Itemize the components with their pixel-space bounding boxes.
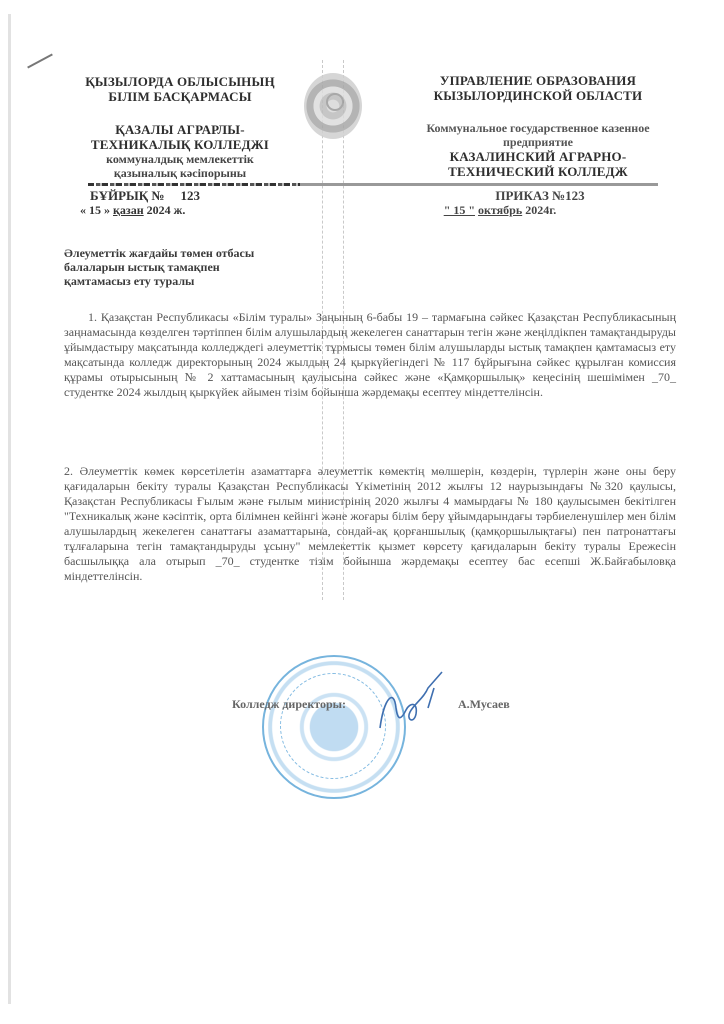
date-year-ru: 2024г. [525, 203, 556, 217]
enterprise-type-kz-2: қазыналық кәсіпорыны [55, 166, 305, 180]
header-left: ҚЫЗЫЛОРДА ОБЛЫСЫНЫҢ БІЛІМ БАСҚАРМАСЫ ҚАЗ… [55, 74, 305, 180]
date-year-kz: 2024 ж. [147, 203, 186, 217]
signatory-name: А.Мусаев [458, 697, 510, 712]
date-month-ru: октябрь [478, 203, 522, 217]
signature-mark [372, 668, 452, 748]
enterprise-type-ru-2: предприятие [388, 135, 688, 149]
department-name-ru-2: КЫЗЫЛОРДИНСКОЙ ОБЛАСТИ [388, 88, 688, 103]
header-right: УПРАВЛЕНИЕ ОБРАЗОВАНИЯ КЫЗЫЛОРДИНСКОЙ ОБ… [388, 73, 688, 179]
header-divider-right [300, 183, 658, 186]
date-day-ru: " 15 " [444, 203, 475, 217]
paragraph-1: 1. Қазақстан Республикасы «Білім туралы»… [64, 310, 676, 400]
title-line: Әлеуметтік жағдайы төмен отбасы [64, 246, 324, 260]
title-line: қамтамасыз ету туралы [64, 274, 324, 288]
enterprise-type-kz-1: коммуналдық мемлекеттік [55, 152, 305, 166]
department-name-kz: БІЛІМ БАСҚАРМАСЫ [55, 89, 305, 104]
page-edge [8, 14, 11, 1004]
enterprise-type-ru-1: Коммунальное государственное казенное [388, 121, 688, 135]
order-date-ru: " 15 " октябрь 2024г. [380, 203, 620, 218]
signatory-title: Колледж директоры: [232, 697, 346, 712]
pen-mark [27, 54, 53, 69]
order-label-kz: БҰЙРЫҚ № [90, 188, 165, 203]
date-day-kz: « 15 » [80, 203, 110, 217]
document-title: Әлеуметтік жағдайы төмен отбасы балалары… [64, 246, 324, 288]
order-number-kz: БҰЙРЫҚ №123 « 15 » қазан 2024 ж. [90, 188, 200, 218]
college-name-kz-1: ҚАЗАЛЫ АГРАРЛЫ- [55, 122, 305, 137]
college-name-kz-2: ТЕХНИКАЛЫҚ КОЛЛЕДЖІ [55, 137, 305, 152]
date-month-kz: қазан [113, 203, 144, 217]
title-line: балаларын ыстық тамақпен [64, 260, 324, 274]
order-label-ru: ПРИКАЗ №123 [495, 188, 584, 203]
order-date-kz: « 15 » қазан 2024 ж. [80, 203, 200, 218]
order-number-ru: ПРИКАЗ №123 " 15 " октябрь 2024г. [470, 188, 610, 218]
college-name-ru-1: КАЗАЛИНСКИЙ АГРАРНО- [388, 149, 688, 164]
college-name-ru-2: ТЕХНИЧЕСКИЙ КОЛЛЕДЖ [388, 164, 688, 179]
department-name-ru-1: УПРАВЛЕНИЕ ОБРАЗОВАНИЯ [388, 73, 688, 88]
order-number-value-kz: 123 [181, 188, 201, 203]
paragraph-2: 2. Әлеуметтік көмек көрсетілетін азаматт… [64, 464, 676, 584]
state-emblem-icon [304, 73, 362, 139]
region-name-kz: ҚЫЗЫЛОРДА ОБЛЫСЫНЫҢ [55, 74, 305, 89]
